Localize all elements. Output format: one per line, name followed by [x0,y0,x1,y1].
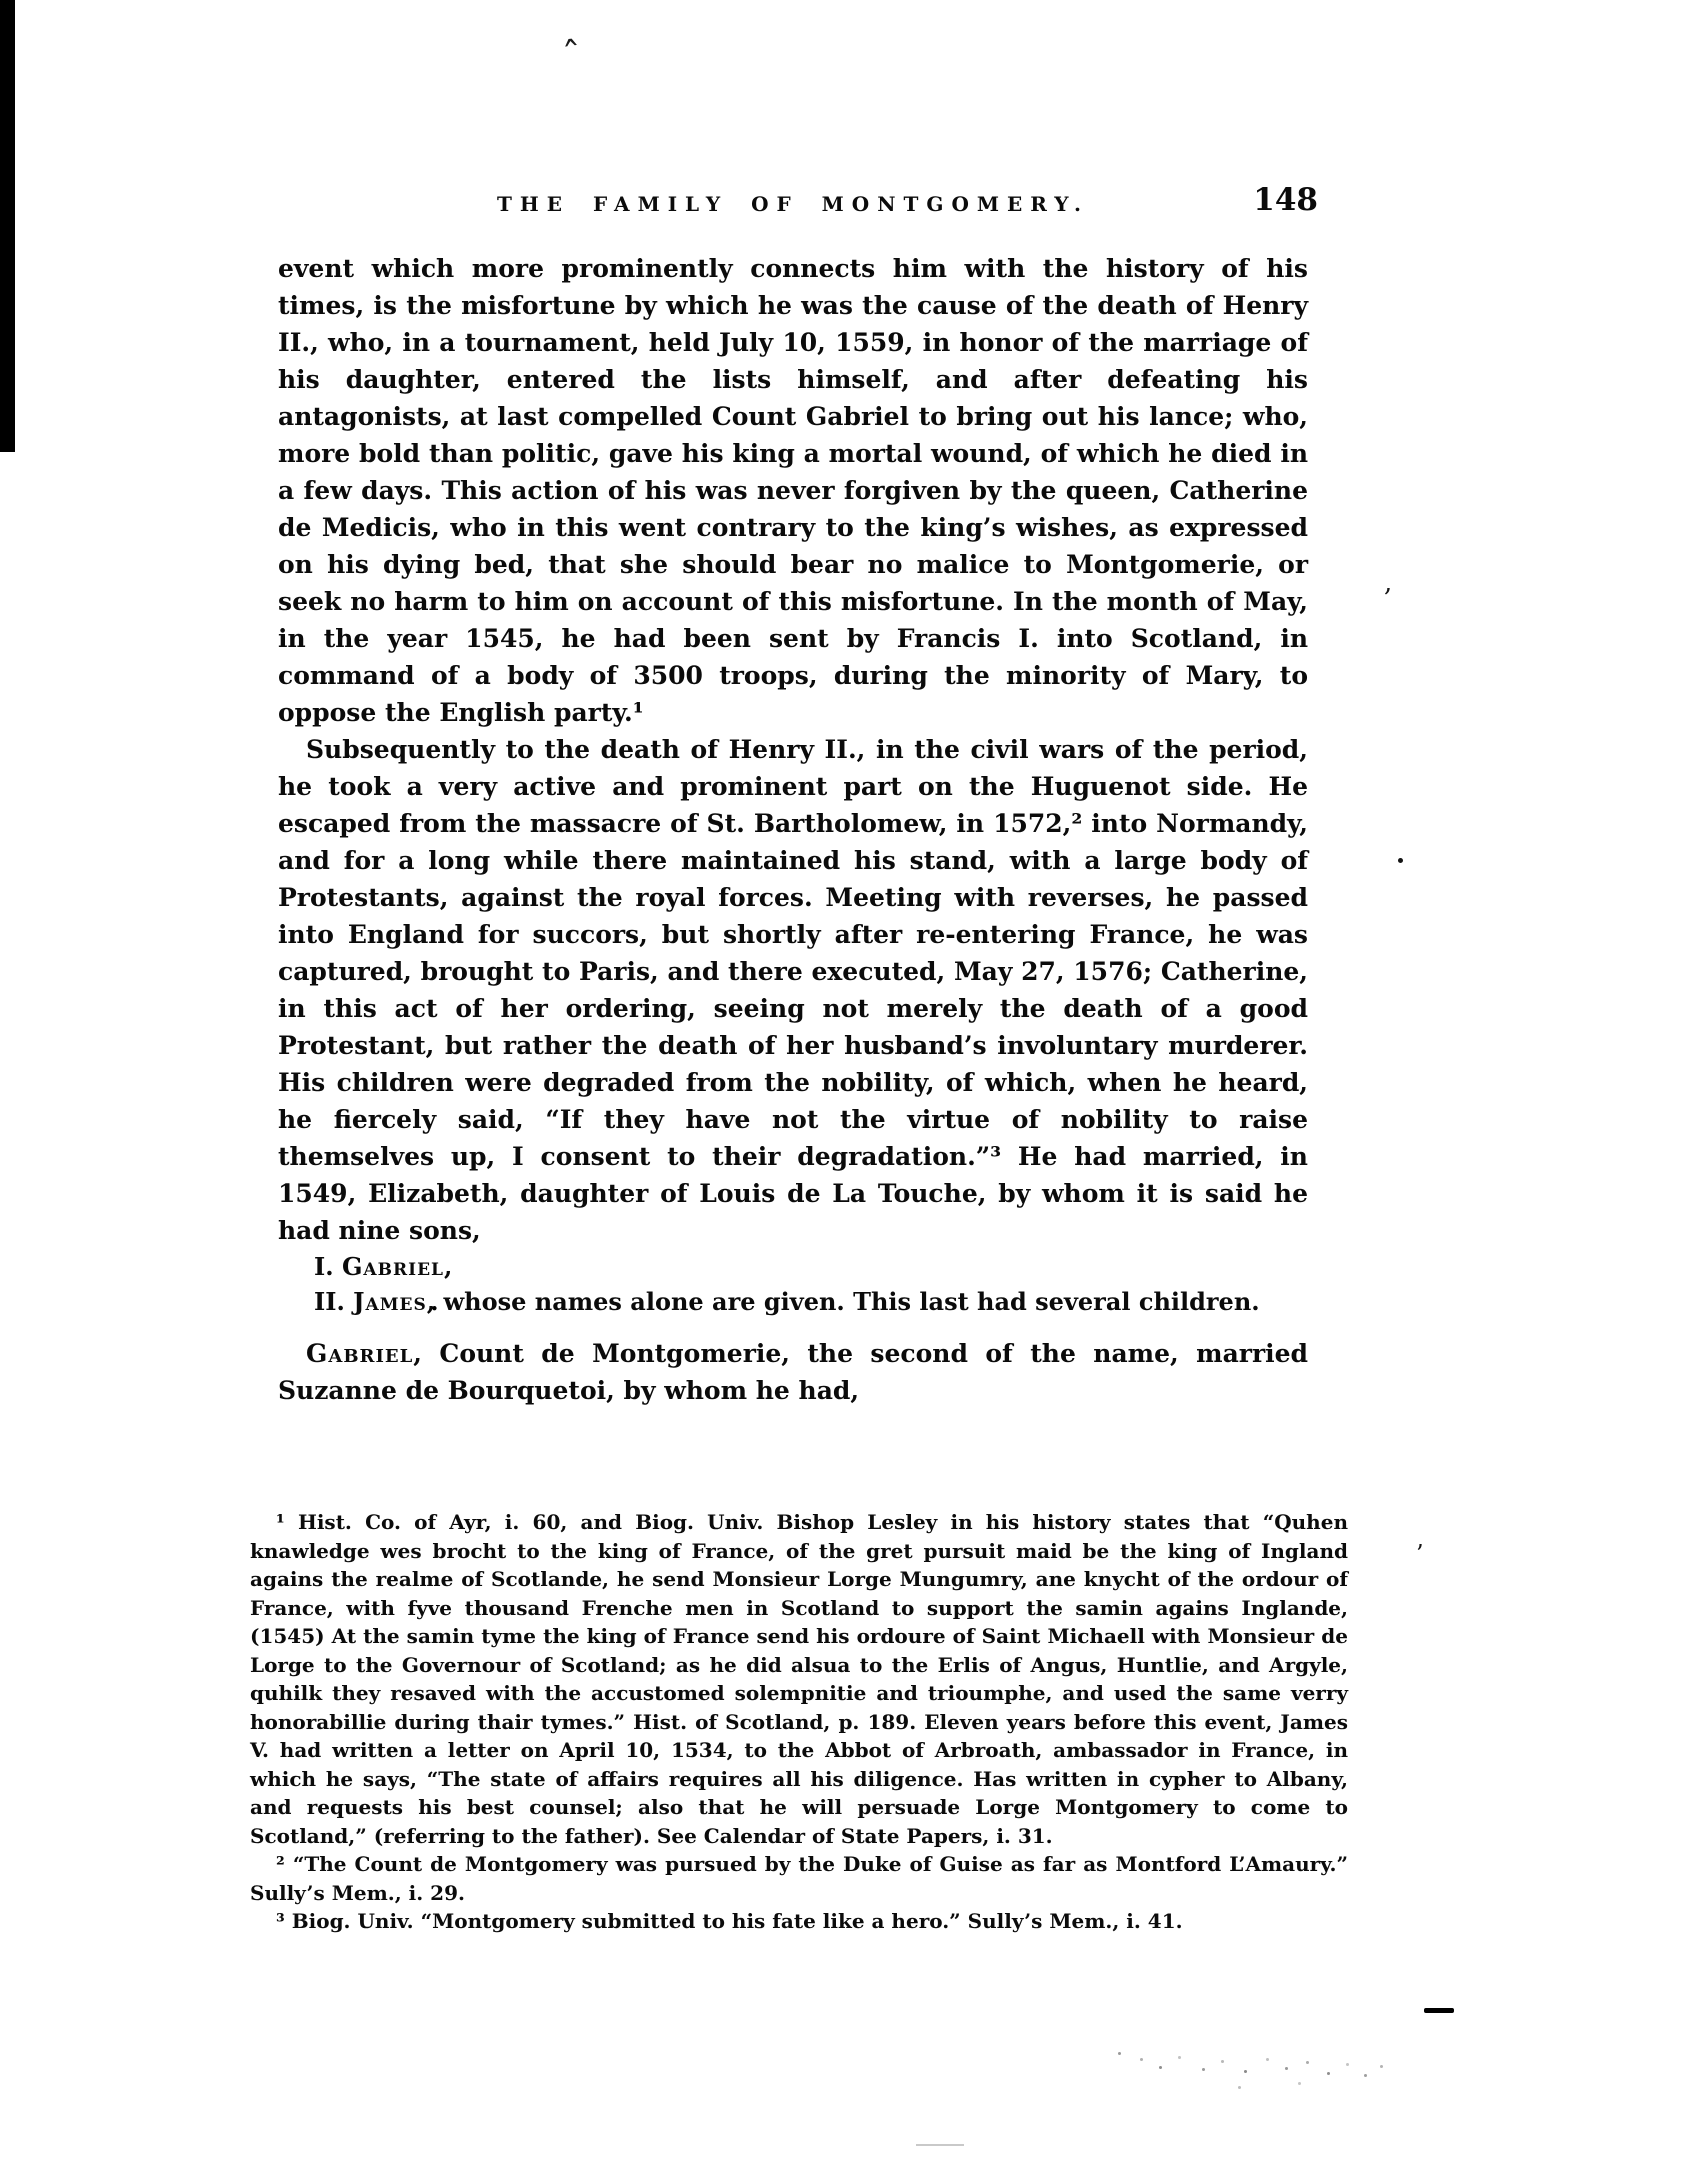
footnotes: ¹ Hist. Co. of Ayr, i. 60, and Biog. Uni… [250,1508,1348,1936]
scan-artifact-faint-line [916,2144,964,2146]
scan-artifact-binding-strip [0,0,15,452]
paragraph-gabriel-ii: Gabriel, Count de Montgomerie, the secon… [278,1335,1308,1409]
paragraph-huguenot: Subsequently to the death of Henry II., … [278,731,1308,1249]
children-list: I. Gabriel, II. James, whose names alone… [314,1249,1308,1319]
page-number: 148 [1150,182,1318,218]
scan-artifact-mark: , [1384,568,1392,598]
paragraph-henry-ii: event which more prominently connects hi… [278,250,1308,731]
page-body: event which more prominently connects hi… [278,250,1308,1409]
list-item-james: II. James, whose names alone are given. … [314,1284,1308,1319]
footnote-1: ¹ Hist. Co. of Ayr, i. 60, and Biog. Uni… [250,1508,1348,1850]
scan-artifact-mark [1398,858,1403,863]
list-rest: , whose names alone are given. This last… [427,1287,1260,1316]
paragraph-rest: , Count de Montgomerie, the second of th… [278,1339,1308,1405]
footnote-2: ² “The Count de Montgomery was pursued b… [250,1850,1348,1907]
scan-artifact-mark: ˆ [560,33,585,79]
scan-artifact-speckles [1118,2052,1121,2055]
scan-artifact-mark: ’ [1416,1540,1424,1568]
paragraph-lead-name: Gabriel [306,1339,413,1368]
list-name: Gabriel [342,1252,444,1281]
list-numeral: I. [314,1252,342,1281]
scan-artifact-dash [1424,2008,1454,2013]
list-rest: , [444,1252,452,1281]
list-name: James [353,1287,427,1316]
list-numeral: II. [314,1287,353,1316]
footnote-3: ³ Biog. Univ. “Montgomery submitted to h… [250,1907,1348,1936]
book-page: THE FAMILY OF MONTGOMERY. 148 event whic… [0,0,1700,2159]
list-item-gabriel: I. Gabriel, [314,1249,1308,1284]
